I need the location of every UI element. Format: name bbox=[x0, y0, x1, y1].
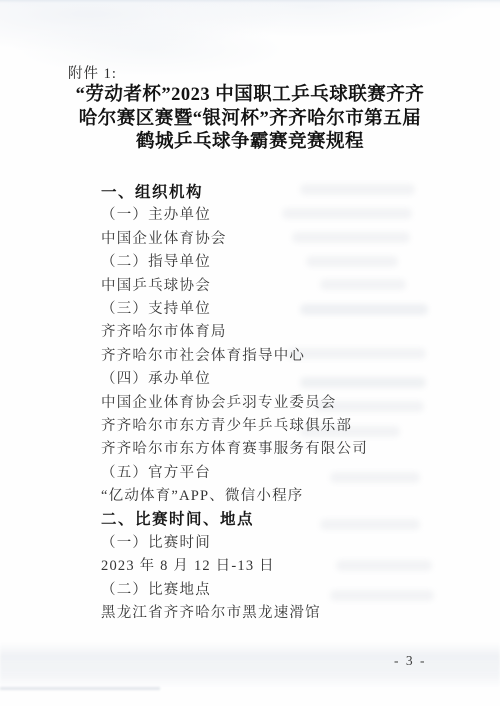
scan-edge-shadow bbox=[0, 687, 160, 690]
doc-line-organizer-3: 齐齐哈尔市东方体育赛事服务有限公司 bbox=[101, 438, 460, 461]
section-heading-time-location: 二、比赛时间、地点 bbox=[101, 508, 460, 531]
document-title-line-2: 哈尔赛区赛暨“银河杯”齐齐哈尔市第五届 bbox=[36, 108, 464, 132]
document-title: “劳动者杯”2023 中国职工乒乓球联赛齐齐 哈尔赛区赛暨“银河杯”齐齐哈尔市第… bbox=[36, 84, 464, 155]
doc-line-platform-name: “亿动体育”APP、微信小程序 bbox=[101, 485, 460, 508]
page-number: - 3 - bbox=[394, 653, 427, 669]
doc-line-support-unit-2: 齐齐哈尔市社会体育指导中心 bbox=[101, 345, 460, 368]
document-title-line-3: 鹤城乒乓球争霸赛竞赛规程 bbox=[36, 131, 464, 155]
doc-line-guidance-unit-name: 中国乒乓球协会 bbox=[101, 275, 460, 298]
subheading-host-unit: （一）主办单位 bbox=[101, 204, 460, 227]
doc-line-organizer-2: 齐齐哈尔市东方青少年乒乓球俱乐部 bbox=[101, 415, 460, 438]
doc-line-host-unit-name: 中国企业体育协会 bbox=[101, 228, 460, 251]
document-body: 一、组织机构 （一）主办单位 中国企业体育协会 （二）指导单位 中国乒乓球协会 … bbox=[101, 181, 460, 625]
subheading-guidance-unit: （二）指导单位 bbox=[101, 251, 460, 274]
doc-line-organizer-1: 中国企业体育协会乒羽专业委员会 bbox=[101, 392, 460, 415]
attachment-label: 附件 1: bbox=[68, 62, 117, 83]
doc-line-competition-date: 2023 年 8 月 12 日-13 日 bbox=[101, 555, 460, 578]
document-title-line-1: “劳动者杯”2023 中国职工乒乓球联赛齐齐 bbox=[36, 84, 464, 108]
section-heading-organization: 一、组织机构 bbox=[101, 181, 460, 204]
doc-line-support-unit-1: 齐齐哈尔市体育局 bbox=[101, 321, 460, 344]
subheading-competition-venue: （二）比赛地点 bbox=[101, 579, 460, 602]
subheading-official-platform: （五）官方平台 bbox=[101, 462, 460, 485]
scanned-document-page: 附件 1: “劳动者杯”2023 中国职工乒乓球联赛齐齐 哈尔赛区赛暨“银河杯”… bbox=[0, 0, 500, 706]
doc-line-venue-name: 黑龙江省齐齐哈尔市黑龙速滑馆 bbox=[101, 602, 460, 625]
subheading-support-unit: （三）支持单位 bbox=[101, 298, 460, 321]
subheading-organizer-unit: （四）承办单位 bbox=[101, 368, 460, 391]
subheading-competition-time: （一）比赛时间 bbox=[101, 532, 460, 555]
